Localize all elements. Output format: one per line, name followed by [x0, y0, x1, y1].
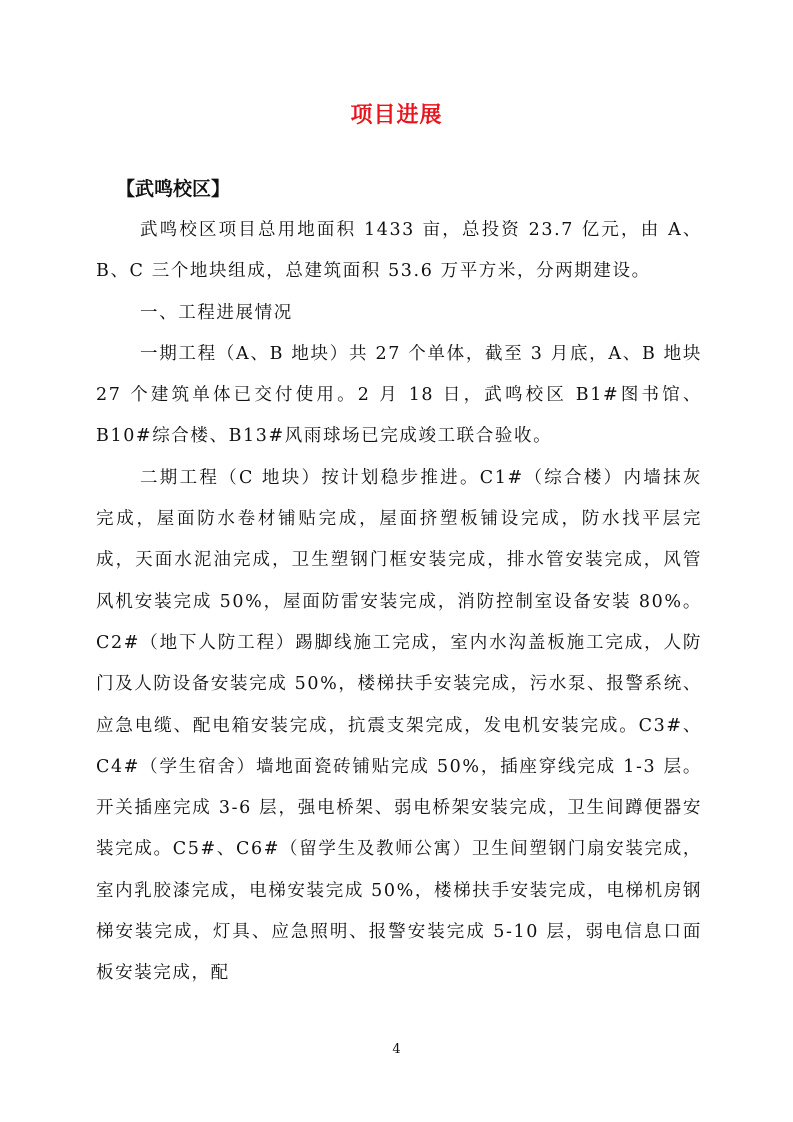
page-title: 项目进展 — [0, 98, 793, 129]
paragraph-overview: 武鸣校区项目总用地面积 1433 亩，总投资 23.7 亿元，由 A、B、C 三… — [96, 210, 702, 293]
document-body: 武鸣校区项目总用地面积 1433 亩，总投资 23.7 亿元，由 A、B、C 三… — [96, 210, 702, 995]
section-heading: 【武鸣校区】 — [116, 174, 230, 201]
subheading-progress: 一、工程进展情况 — [96, 293, 702, 334]
page-number: 4 — [0, 1042, 793, 1057]
paragraph-phase-two: 二期工程（C 地块）按计划稳步推进。C1#（综合楼）内墙抹灰完成，屋面防水卷材铺… — [96, 458, 702, 995]
paragraph-phase-one: 一期工程（A、B 地块）共 27 个单体，截至 3 月底，A、B 地块 27 个… — [96, 334, 702, 458]
